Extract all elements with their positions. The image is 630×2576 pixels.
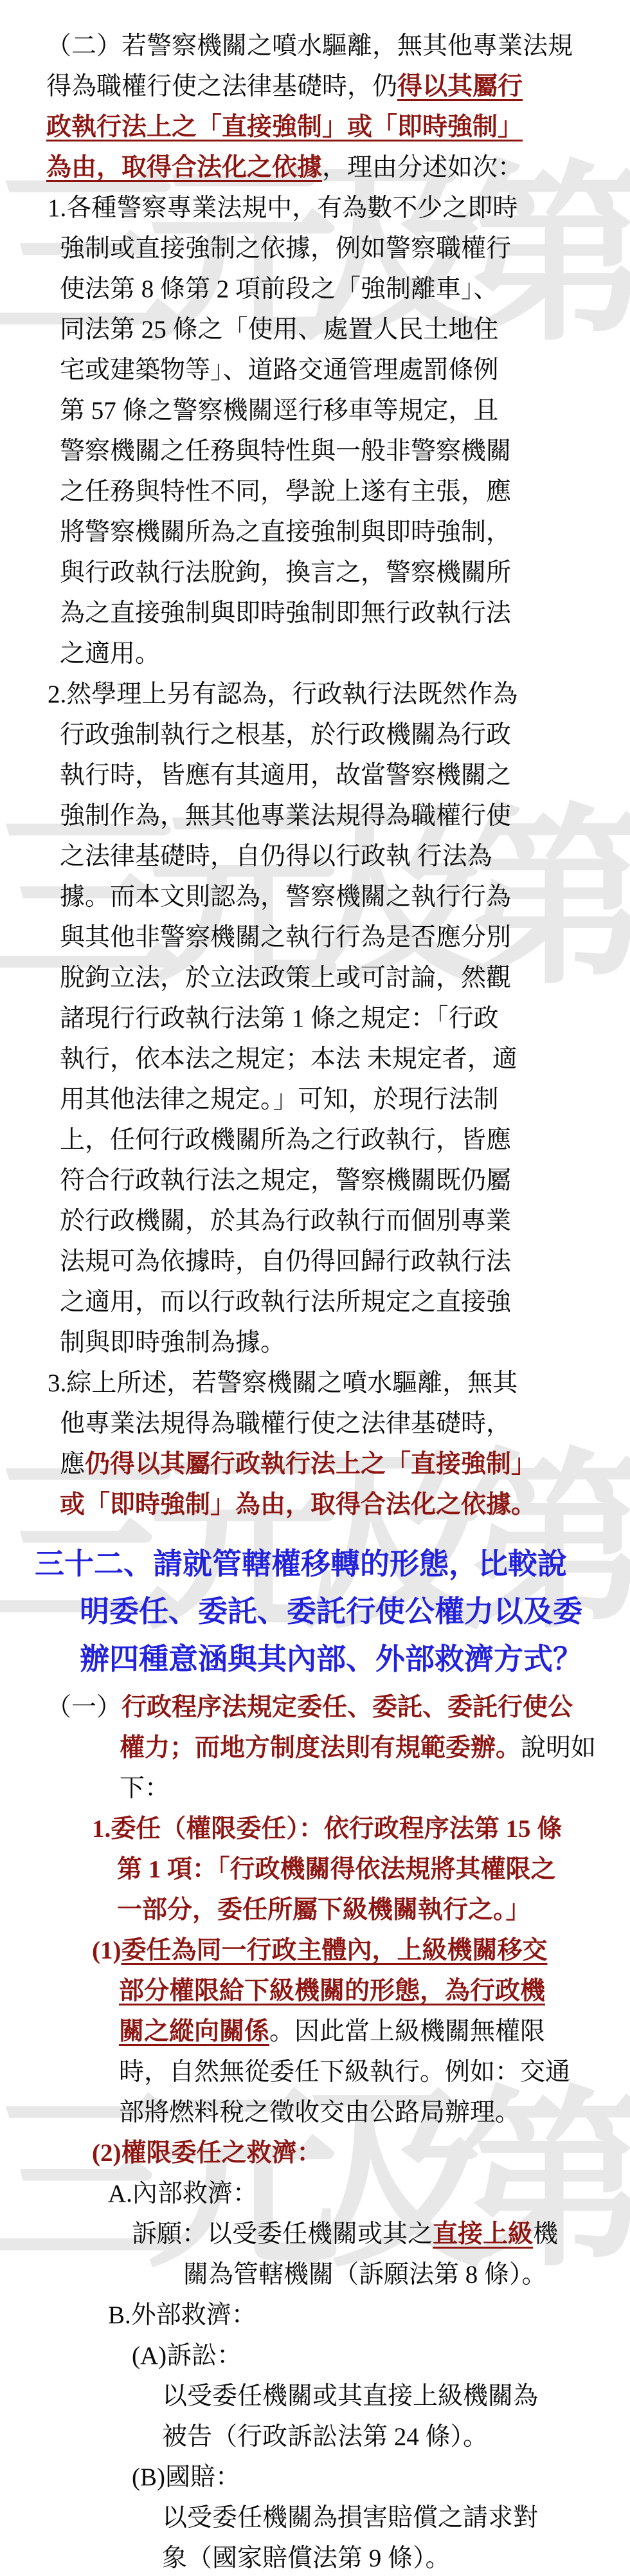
compensation-heading: (B)國賠：	[0, 2457, 603, 2498]
lawsuit-heading: (A)訴訟：	[0, 2335, 603, 2376]
compensation-text: 以受委任機關為損害賠償之請求對 象（國家賠償法第 9 條）。	[162, 2504, 538, 2572]
external-remedy-heading: B.外部救濟：	[0, 2295, 603, 2335]
lawsuit-text: 以受委任機關或其直接上級機關為 被告（行政訴訟法第 24 條）。	[162, 2382, 538, 2451]
sub-item-2-number: (2)	[92, 2139, 121, 2167]
item-2-text: 然學理上另有認為，行政執行法既然作為 行政強制執行之根基，於行政機關為行政 執行…	[60, 681, 517, 1357]
item-1-number: 1.	[48, 194, 66, 222]
answer-point-2: （二）若警察機關之噴水驅離，無其他專業法規 得為職權行使之法律基礎時，仍得以其屬…	[0, 26, 603, 188]
point-1-emphasis: 行政程序法規定委任、委託、委託行使公 權力；而地方制度法則有規範委辦。	[120, 1694, 573, 1762]
compensation-body: 以受委任機關為損害賠償之請求對 象（國家賠償法第 9 條）。	[0, 2498, 603, 2576]
internal-remedy-heading: A.內部救濟：	[0, 2173, 603, 2214]
sub-item-1: (1)委任為同一行政主體內，上級機關移交 部分權限給下級機關的形態，為行政機 關…	[0, 1930, 603, 2133]
list-item-3: 3.綜上所述，若警察機關之噴水驅離，無其 他專業法規得為職權行使之法律基礎時， …	[0, 1363, 603, 1525]
list-item-1: 1.各種警察專業法規中，有為數不少之即時 強制或直接強制之依據，例如警察職權行 …	[0, 188, 603, 674]
delegation-item-number: 1.	[92, 1815, 111, 1843]
document-page: 三元及第 三元及第 三元及第 三元及第 （二）若警察機關之噴水驅離，無其他專業法…	[0, 0, 630, 2576]
list-item-2: 2.然學理上另有認為，行政執行法既然作為 行政強制執行之根基，於行政機關為行政 …	[0, 674, 603, 1363]
compensation-title: 國賠：	[165, 2463, 240, 2491]
sub-item-2: (2)權限委任之救濟：	[0, 2133, 603, 2173]
external-remedy-label: B.	[108, 2301, 131, 2329]
point-2-tail: ，理由分述如次：	[322, 154, 523, 181]
petition-text: 訴願：以受委任機關或其之	[132, 2220, 433, 2248]
compensation-label: (B)	[132, 2463, 165, 2491]
item-3-emphasis: 仍得以其屬行政執行法上之「直接強制」 或「即時強制」為由，取得合法化之依據。	[60, 1450, 536, 1519]
item-1-text: 各種警察專業法規中，有為數不少之即時 強制或直接強制之依據，例如警察職權行 使法…	[60, 194, 517, 668]
point-2-label: （二）	[46, 32, 122, 60]
sub-item-2-title: 權限委任之救濟：	[121, 2139, 321, 2167]
lawsuit-body: 以受委任機關或其直接上級機關為 被告（行政訴訟法第 24 條）。	[0, 2376, 603, 2457]
delegation-definition: 委任（權限委任）：依行政程序法第 15 條 第 1 項：「行政機關得依法規將其權…	[111, 1815, 562, 1924]
petition-line: 訴願：以受委任機關或其之直接上級機 關為管轄機關（訴願法第 8 條）。	[0, 2214, 603, 2295]
point-1-label: （一）	[46, 1694, 122, 1721]
sub-item-1-number: (1)	[92, 1937, 121, 1964]
internal-remedy-title: 內部救濟：	[132, 2180, 258, 2207]
answer-point-1: （一）行政程序法規定委任、委託、委託行使公 權力；而地方制度法則有規範委辦。說明…	[0, 1687, 603, 1809]
external-remedy-title: 外部救濟：	[131, 2301, 256, 2329]
item-2-number: 2.	[48, 681, 66, 708]
petition-emphasis: 直接上級	[433, 2220, 533, 2248]
item-3-number: 3.	[48, 1369, 66, 1397]
question-32-text: 三十二、請就管轄權移轉的形態，比較說 明委任、委託、委託行使公權力以及委 辦四種…	[35, 1548, 582, 1676]
delegation-item-1: 1.委任（權限委任）：依行政程序法第 15 條 第 1 項：「行政機關得依法規將…	[0, 1809, 603, 1930]
document-content: （二）若警察機關之噴水驅離，無其他專業法規 得為職權行使之法律基礎時，仍得以其屬…	[0, 0, 630, 2576]
question-32-heading: 三十二、請就管轄權移轉的形態，比較說 明委任、委託、委託行使公權力以及委 辦四種…	[0, 1540, 603, 1683]
internal-remedy-label: A.	[108, 2180, 132, 2207]
lawsuit-label: (A)	[132, 2342, 166, 2370]
lawsuit-title: 訴訟：	[166, 2342, 242, 2370]
